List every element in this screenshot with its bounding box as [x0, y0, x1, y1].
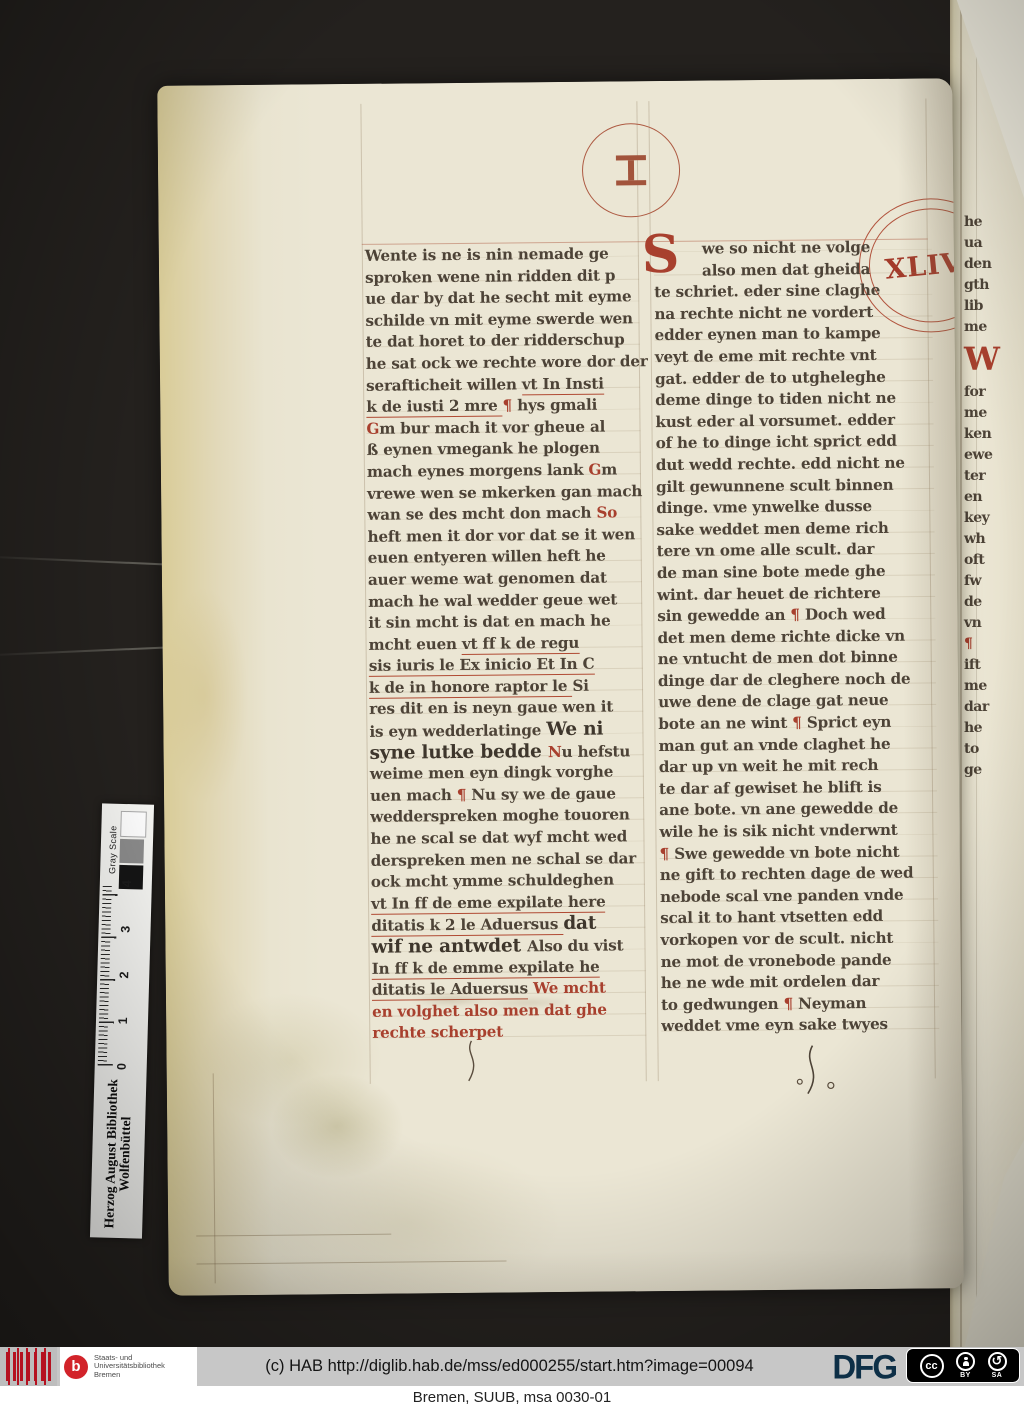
edge-text-fragment: den	[964, 254, 1024, 275]
text-line: deme dinge to tiden nicht ne	[655, 388, 933, 412]
edge-text-fragment: key	[964, 508, 1024, 529]
text-line: rechte scherpet	[372, 1021, 646, 1045]
body-text: mach he wal wedder geue wet	[368, 590, 617, 610]
text-line: heft men it dor vor dat se it wen	[367, 524, 641, 548]
body-text: mach eynes morgens lank	[367, 461, 589, 481]
body-text: wif ne antwdet	[371, 935, 527, 957]
cc-sa-item: ↺ SA	[988, 1352, 1007, 1379]
rubric-text: G	[588, 461, 601, 479]
underlined-citation: ditatis k 2 le Aduersus	[371, 915, 563, 937]
text-line: tere vn ome alle scult. dar	[657, 539, 935, 563]
body-text: deme dinge to tiden nicht ne	[655, 389, 896, 409]
body-text: is eyn wedderlatinge	[369, 721, 546, 741]
underlined-citation: k de iusti 2 mre	[366, 397, 502, 418]
edge-text-fragment: ua	[964, 233, 1024, 254]
underlined-citation: sis iuris le Ex inicio Et In C	[369, 655, 595, 677]
page-holder-strand	[0, 646, 172, 656]
text-line: det men deme richte dicke vn	[657, 625, 935, 649]
show-through-stain	[376, 982, 566, 1018]
body-text: te dat horet to der ridderschup	[366, 331, 625, 351]
underlined-citation: k de in honore raptor le	[369, 677, 573, 699]
body-text: m	[601, 460, 617, 478]
body-text: wint. dar heuet de richtere	[657, 583, 881, 603]
cc-by-label: BY	[960, 1372, 971, 1379]
edge-text-fragment: lib	[964, 296, 1024, 317]
ruler-number: 2	[117, 971, 131, 978]
body-text: ue dar by dat he secht mit eyme	[365, 287, 631, 308]
text-line: vorkopen vor de scult. nicht	[660, 927, 938, 951]
body-text: auer weme wat genomen dat	[368, 568, 607, 588]
text-line: k de iusti 2 mre ¶ hys gmali	[366, 394, 640, 418]
body-text: dinge. vme ynwelke dusse	[656, 497, 872, 517]
body-text: bote an ne wint	[658, 714, 792, 733]
text-line: te dat horet to der ridderschup	[366, 330, 640, 354]
text-line: sin gewedde an ¶ Doch wed	[657, 603, 935, 627]
body-text: of he to dinge icht sprict edd	[656, 432, 897, 452]
text-line: schilde vn mit eyme swerde wen	[365, 308, 639, 332]
text-line: also men dat gheida	[654, 258, 932, 282]
edge-text-fragment: en	[964, 487, 1024, 508]
body-text: schilde vn mit eyme swerde wen	[365, 309, 633, 330]
text-line: dut wedd rechte. edd nicht ne	[656, 452, 934, 476]
cc-by-item: BY	[956, 1352, 975, 1379]
body-text: Sprict eyn	[807, 713, 892, 732]
body-text: to gedwungen	[661, 995, 784, 1014]
body-text: Neyman	[798, 994, 866, 1013]
edge-text-fragment: W	[964, 338, 1024, 382]
edge-text-fragment: he	[964, 718, 1024, 739]
body-text: ne gift to rechten dage de wed	[660, 864, 914, 884]
rubric-text: ¶	[783, 995, 798, 1013]
text-line: wif ne antwdet Also du vist	[371, 934, 645, 958]
edge-text-fragment: oft	[964, 550, 1024, 571]
rubric-text: ¶	[457, 786, 472, 804]
text-line: res dit en is neyn gaue wen it	[369, 697, 643, 721]
body-text: ock mcht ymme schuldeghen	[371, 871, 614, 891]
left-column: Wente is ne is nin nemade gesproken wene…	[365, 243, 647, 1047]
rubric-text: G	[366, 419, 379, 437]
body-text: ne mot de vronebode pande	[661, 950, 892, 970]
text-line: weddet vme eyn sake twyes	[661, 1014, 939, 1038]
text-line: te schriet. eder sine claghe	[654, 280, 932, 304]
text-line: Wente is ne is nin nemade ge	[365, 243, 639, 267]
cc-license-badge: cc BY ↺ SA	[906, 1348, 1020, 1383]
underlined-citation: vt In ff de eme expilate here	[371, 892, 606, 914]
text-line: kust eder al vorsumet. edder	[655, 409, 933, 433]
edge-text-fragment: dar	[964, 697, 1024, 718]
body-text: he ne wde mit ordelen dar	[661, 972, 880, 992]
cc-sa-label: SA	[992, 1372, 1003, 1379]
text-line: derspreken men ne schal se dar	[371, 848, 645, 872]
body-text: derspreken men ne schal se dar	[371, 849, 637, 870]
cc-sa-icon: ↺	[988, 1352, 1007, 1371]
text-line: mach eynes morgens lank Gm	[367, 459, 641, 483]
body-text: euen entyeren willen heft he	[368, 547, 606, 567]
ruler-number: 0	[115, 1063, 129, 1070]
text-line: ane bote. vn ane gewedde de	[659, 798, 937, 822]
text-line: wedderspreken moghe touoren	[370, 805, 644, 829]
text-line: is eyn wedderlatinge We ni	[369, 718, 643, 742]
text-line: ock mcht ymme schuldeghen	[371, 869, 645, 893]
text-line: he ne wde mit ordelen dar	[661, 971, 939, 995]
body-text: veyt de eme mit rechte vnt	[655, 346, 877, 366]
body-text: scal it to hant vtsetten edd	[660, 907, 883, 927]
text-line: vrewe wen se mkerken gan mach	[367, 481, 641, 505]
body-text: vrewe wen se mkerken gan mach	[367, 482, 642, 503]
dfg-logo: DFG	[832, 1346, 896, 1387]
text-line: he ne scal se dat wyf mcht wed	[370, 826, 644, 850]
quire-mark-circle	[582, 123, 681, 218]
bremen-logo-text: Staats- und Universitätsbibliothek Breme…	[94, 1354, 165, 1380]
cc-icon: cc	[920, 1354, 944, 1378]
ruler-scale: 01234	[95, 895, 152, 1070]
ruler-title: Herzog August Bibliothek Wolfenbüttel	[90, 1069, 147, 1238]
body-text: hys gmali	[517, 396, 597, 415]
text-line: syne lutke bedde Nu hefstu	[370, 740, 644, 764]
text-line: ne gift to rechten dage de wed	[660, 863, 938, 887]
body-text: wedderspreken moghe touoren	[370, 806, 630, 826]
ruling-line	[213, 1073, 216, 1283]
body-text: Swe gewedde vn bote nicht	[674, 842, 899, 862]
edge-text-fragment: for	[964, 382, 1024, 403]
body-text: res dit en is neyn gaue wen it	[369, 698, 613, 718]
body-text: dat	[563, 913, 596, 934]
body-text: te dar af gewiset he blift is	[659, 778, 882, 798]
edge-text-fragment: ter	[964, 466, 1024, 487]
text-line: dinge dar de cleghere noch de	[658, 668, 936, 692]
shelfmark-strip: Bremen, SUUB, msa 0030-01	[0, 1386, 1024, 1409]
footer-bar: b Staats- und Universitätsbibliothek Bre…	[0, 1347, 1024, 1386]
ruler-numbers: 01234	[115, 880, 134, 1070]
body-text: te schriet. eder sine claghe	[654, 281, 880, 301]
body-text: serafticheit willen	[366, 375, 522, 394]
edge-text-fragment: he	[964, 212, 1024, 233]
body-text: wan se des mcht don mach	[367, 504, 596, 524]
text-line: it sin mcht is dat en mach he	[368, 610, 642, 634]
edge-text-fragment: vn	[964, 613, 1024, 634]
body-text: weime men eyn dingk vorghe	[370, 763, 614, 783]
edge-text-fragment: fw	[964, 571, 1024, 592]
rubric-text: ¶	[790, 606, 805, 624]
text-line: of he to dinge icht sprict edd	[656, 431, 934, 455]
bremen-logo-circle: b	[64, 1355, 88, 1379]
edge-text-fragment: wh	[964, 529, 1024, 550]
copyright-text: (c) HAB http://diglib.hab.de/mss/ed00025…	[210, 1347, 809, 1386]
text-line: serafticheit willen vt In Insti	[366, 373, 640, 397]
ruler-number: 1	[116, 1017, 130, 1024]
body-text: ne vntucht de men dot binne	[658, 648, 898, 668]
ruling-line	[196, 1234, 391, 1237]
text-line: mach he wal wedder geue wet	[368, 589, 642, 613]
rubric-text: N	[548, 743, 562, 761]
page-holder-strand	[0, 556, 172, 566]
ruler-number: 3	[118, 926, 132, 933]
ruler-content: Herzog August Bibliothek Wolfenbüttel 01…	[90, 803, 154, 1238]
body-text: Doch wed	[805, 605, 886, 624]
underlined-citation: vt ff k de regu	[462, 634, 579, 655]
body-text: tere vn ome alle scult. dar	[657, 540, 875, 560]
edge-text-fragment: me	[964, 676, 1024, 697]
rubric-text: ¶	[503, 397, 518, 415]
body-text: u hefstu	[562, 742, 631, 761]
text-line: vt In ff de eme expilate here	[371, 891, 645, 915]
body-text: vorkopen vor de scult. nicht	[660, 929, 893, 949]
text-line: nebode scal vne panden vnde	[660, 884, 938, 908]
text-line: uwe dene de clage gat neue	[658, 690, 936, 714]
text-line: uen mach ¶ Nu sy we de gaue	[370, 783, 644, 807]
text-line: ¶ Swe gewedde vn bote nicht	[660, 841, 938, 865]
body-text: dinge dar de cleghere noch de	[658, 670, 911, 690]
text-line: we so nicht ne volge	[654, 236, 932, 260]
edge-text-fragment: ken	[964, 424, 1024, 445]
hab-red-bars-icon	[6, 1352, 51, 1381]
body-text: m bur mach it vor gheue al	[379, 417, 605, 437]
text-line: dinge. vme ynwelke dusse	[656, 496, 934, 520]
body-text: det men deme richte dicke vn	[657, 626, 905, 646]
text-line: sis iuris le Ex inicio Et In C	[369, 653, 643, 677]
text-line: ue dar by dat he secht mit eyme	[365, 286, 639, 310]
body-text: man gut an vnde claghet he	[658, 734, 890, 754]
text-line: edder eynen man to kampe	[655, 323, 933, 347]
text-line: sproken wene nin ridden dit p	[365, 265, 639, 289]
body-text: Also du vist	[527, 936, 623, 955]
body-text: dut wedd rechte. edd nicht ne	[656, 454, 905, 474]
body-text: uen mach	[370, 786, 457, 805]
photo-stage: heuadengthlibmeWformekeneweterenkeywhoft…	[0, 0, 1024, 1347]
body-text: mcht euen	[368, 635, 462, 654]
text-line: man gut an vnde claghet he	[658, 733, 936, 757]
text-line: veyt de eme mit rechte vnt	[655, 344, 933, 368]
body-text: sproken wene nin ridden dit p	[365, 266, 615, 286]
rubric-text: ¶	[660, 845, 675, 863]
body-text: na rechte nicht ne vordert	[654, 303, 873, 323]
text-line: wan se des mcht don mach So	[367, 502, 641, 526]
drop-cap-initial: S	[642, 231, 680, 279]
text-line: ne mot de vronebode pande	[661, 949, 939, 973]
body-text: gilt gewunnene scult binnen	[656, 475, 893, 495]
text-line: bote an ne wint ¶ Sprict eyn	[658, 711, 936, 735]
body-text: he sat ock we rechte wore dor der	[366, 352, 648, 373]
body-text: also men dat gheida	[702, 260, 870, 280]
pen-flourish	[794, 1043, 841, 1099]
pen-flourish	[461, 1039, 491, 1085]
edge-text-fragment: me	[964, 403, 1024, 424]
body-text: dar up vn weit he mit rech	[659, 756, 879, 776]
body-text: ane bote. vn ane gewedde de	[659, 799, 898, 819]
body-text: de man sine bote mede ghe	[657, 562, 886, 582]
body-text: gat. edder de to utgheleghe	[655, 367, 886, 387]
text-line: dar up vn weit he mit rech	[659, 755, 937, 779]
rubric-text: So	[596, 504, 617, 522]
body-text: edder eynen man to kampe	[655, 324, 881, 344]
shelfmark-text: Bremen, SUUB, msa 0030-01	[413, 1389, 611, 1406]
manuscript-page: XLIVI Wente is ne is nin nemade gesproke…	[157, 78, 964, 1296]
text-line: ne vntucht de men dot binne	[658, 647, 936, 671]
body-text: kust eder al vorsumet. edder	[655, 411, 895, 431]
body-text: Nu sy we de gaue	[471, 784, 616, 803]
body-text: sin gewedde an	[657, 606, 790, 625]
text-line: wile he is sik nicht vnderwnt	[659, 819, 937, 843]
body-text: ß eynen vmegank he plogen	[367, 439, 600, 459]
text-line: euen entyeren willen heft he	[368, 546, 642, 570]
body-text: uwe dene de clage gat neue	[658, 691, 888, 711]
bremen-logo-line3: Bremen	[94, 1370, 120, 1379]
body-text: it sin mcht is dat en mach he	[368, 612, 610, 632]
text-line: k de in honore raptor le Si	[369, 675, 643, 699]
sa-arrow-icon: ↺	[992, 1355, 1003, 1368]
body-text: Wente is ne is nin nemade ge	[365, 245, 609, 265]
edge-text-fragment: ewe	[964, 445, 1024, 466]
body-text: Si	[572, 677, 589, 695]
edge-text-fragment: ge	[964, 760, 1024, 781]
gray-scale-patch-white	[120, 811, 147, 838]
body-text: weddet vme eyn sake twyes	[661, 1015, 888, 1035]
text-line: scal it to hant vtsetten edd	[660, 906, 938, 930]
underlined-citation: In ff k de emme expilate he	[372, 957, 600, 979]
edge-text-fragment: ¶	[964, 634, 1024, 655]
text-line: auer weme wat genomen dat	[368, 567, 642, 591]
ruler-number: 4	[120, 880, 134, 887]
text-line: ditatis k 2 le Aduersus dat	[371, 913, 645, 937]
cc-by-icon	[956, 1352, 975, 1371]
text-line: gat. edder de to utgheleghe	[655, 366, 933, 390]
text-line: te dar af gewiset he blift is	[659, 776, 937, 800]
ruling-line	[197, 1261, 507, 1265]
text-line: Gm bur mach it vor gheue al	[366, 416, 640, 440]
underlined-citation: vt In Insti	[522, 374, 604, 395]
gray-scale-patch-gray	[119, 839, 144, 864]
edge-text-fragment: ift	[964, 655, 1024, 676]
color-ruler: Herzog August Bibliothek Wolfenbüttel 01…	[90, 803, 154, 1238]
hab-logo	[0, 1347, 57, 1386]
edge-text-fragment: de	[964, 592, 1024, 613]
edge-text-fragment: me	[964, 317, 1024, 338]
text-line: sake weddet men deme rich	[656, 517, 934, 541]
edge-text-fragment: to	[964, 739, 1024, 760]
text-line: gilt gewunnene scult binnen	[656, 474, 934, 498]
text-line: na rechte nicht ne vordert	[654, 301, 932, 325]
text-line: In ff k de emme expilate he	[372, 956, 646, 980]
body-text: nebode scal vne panden vnde	[660, 886, 904, 906]
text-line: weime men eyn dingk vorghe	[370, 761, 644, 785]
body-text: sake weddet men deme rich	[656, 519, 888, 539]
text-line: he sat ock we rechte wore dor der	[366, 351, 640, 375]
body-text: we so nicht ne volge	[702, 238, 871, 258]
quire-mark-glyph	[616, 155, 646, 185]
rubric-text: ¶	[792, 714, 807, 732]
body-text: heft men it dor vor dat se it wen	[367, 525, 635, 546]
text-line: ß eynen vmegank he plogen	[367, 438, 641, 462]
right-column: Swe so nicht ne volgealso men dat gheida…	[654, 236, 940, 1040]
text-line: mcht euen vt ff k de regu	[368, 632, 642, 656]
body-text: We ni	[546, 719, 603, 741]
bremen-library-logo: b Staats- und Universitätsbibliothek Bre…	[60, 1347, 197, 1386]
text-line: de man sine bote mede ghe	[657, 560, 935, 584]
text-line: to gedwungen ¶ Neyman	[661, 992, 939, 1016]
body-text: wile he is sik nicht vnderwnt	[659, 821, 897, 841]
body-text: he ne scal se dat wyf mcht wed	[370, 827, 627, 847]
next-page-text-fragments: heuadengthlibmeWformekeneweterenkeywhoft…	[964, 212, 1024, 781]
edge-text-fragment: gth	[964, 275, 1024, 296]
body-text: syne lutke bedde	[370, 741, 548, 764]
person-icon	[963, 1357, 969, 1367]
text-line: wint. dar heuet de richtere	[657, 582, 935, 606]
